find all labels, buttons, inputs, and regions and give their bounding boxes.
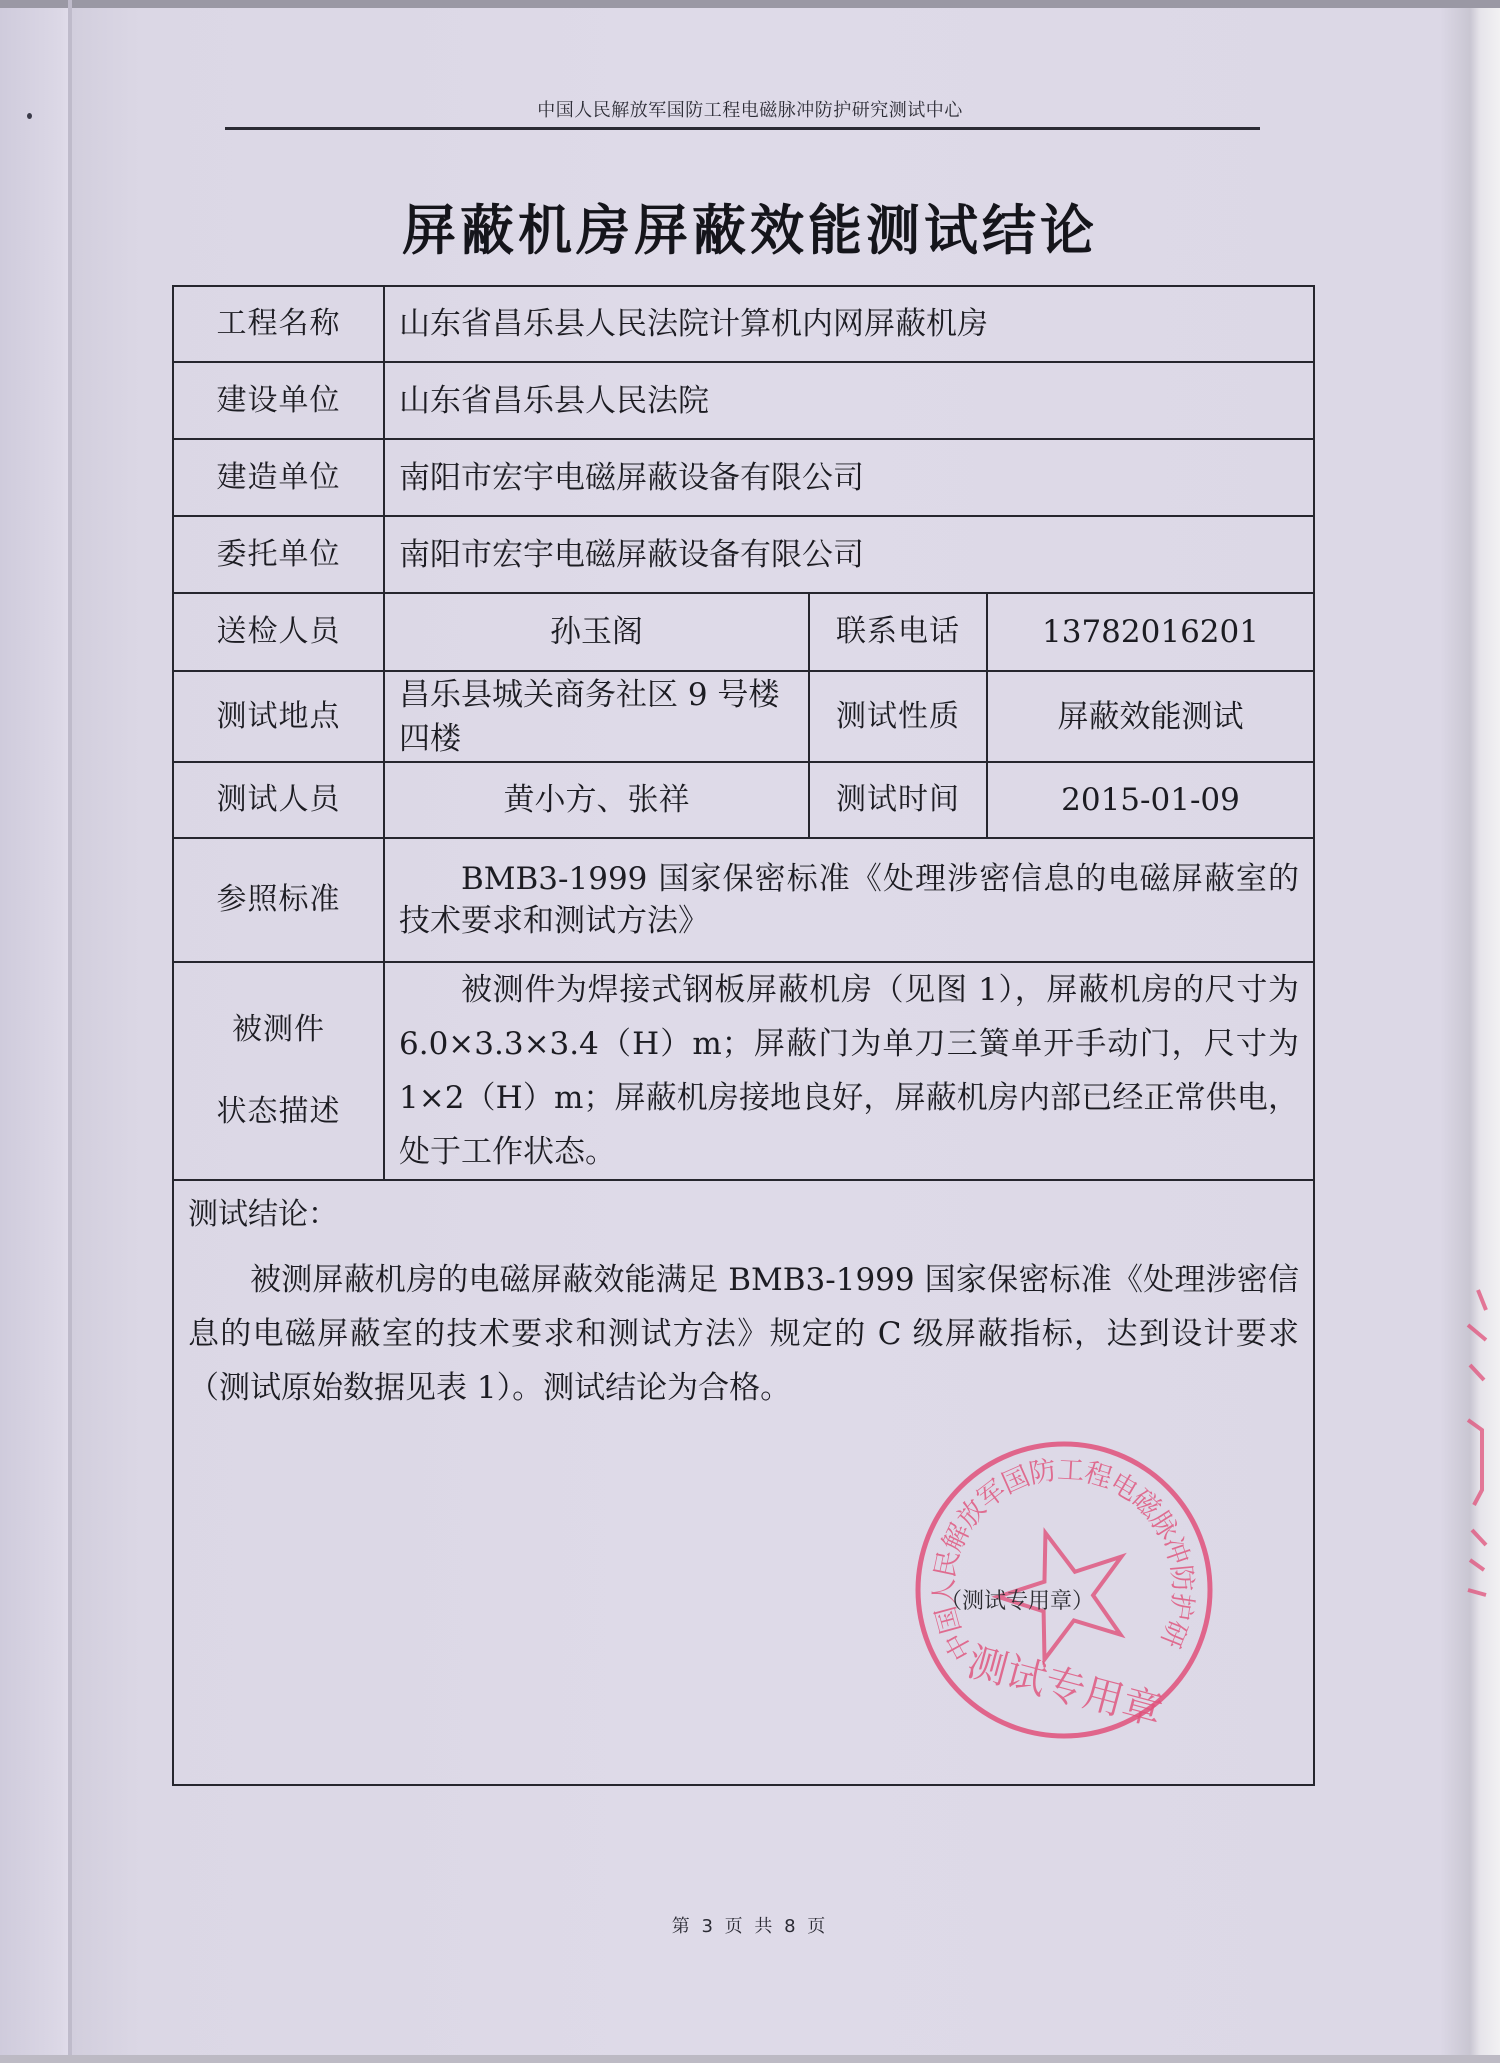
label-object-description: 被测件 状态描述	[173, 962, 384, 1180]
label-location: 测试地点	[173, 671, 384, 762]
partial-seal-icon	[1460, 1270, 1490, 1600]
label-test-type: 测试性质	[809, 671, 987, 762]
row-submitter: 送检人员 孙玉阁 联系电话 13782016201	[173, 593, 1314, 671]
row-client: 委托单位 南阳市宏宇电磁屏蔽设备有限公司	[173, 516, 1314, 593]
value-builder: 南阳市宏宇电磁屏蔽设备有限公司	[384, 439, 1314, 516]
label-submitter: 送检人员	[173, 593, 384, 671]
scan-edge-top	[0, 0, 1500, 8]
row-builder: 建造单位 南阳市宏宇电磁屏蔽设备有限公司	[173, 439, 1314, 516]
row-construction-owner: 建设单位 山东省昌乐县人民法院	[173, 362, 1314, 439]
seal-ring-text: 中国人民解放军国防工程电磁脉冲防护研究测试中心	[912, 1438, 1198, 1665]
scan-speck	[27, 113, 32, 119]
value-submitter: 孙玉阁	[384, 593, 809, 671]
scanned-page: 中国人民解放军国防工程电磁脉冲防护研究测试中心 屏蔽机房屏蔽效能测试结论 工程名…	[0, 0, 1500, 2063]
value-client: 南阳市宏宇电磁屏蔽设备有限公司	[384, 516, 1314, 593]
label-phone: 联系电话	[809, 593, 987, 671]
page-fold	[68, 0, 72, 2063]
row-standard: 参照标准 BMB3-1999 国家保密标准《处理涉密信息的电磁屏蔽室的技术要求和…	[173, 838, 1314, 962]
conclusion-text: 被测屏蔽机房的电磁屏蔽效能满足 BMB3-1999 国家保密标准《处理涉密信息的…	[188, 1253, 1299, 1415]
value-phone: 13782016201	[987, 593, 1314, 671]
label-object-line1: 被测件	[188, 989, 369, 1071]
row-location: 测试地点 昌乐县城关商务社区 9 号楼四楼 测试性质 屏蔽效能测试	[173, 671, 1314, 762]
label-standard: 参照标准	[173, 838, 384, 962]
header-rule	[225, 127, 1260, 130]
header-organization: 中国人民解放军国防工程电磁脉冲防护研究测试中心	[300, 96, 1200, 122]
value-object-description: 被测件为焊接式钢板屏蔽机房（见图 1），屏蔽机房的尺寸为 6.0×3.3×3.4…	[384, 962, 1314, 1180]
label-test-date: 测试时间	[809, 762, 987, 838]
standard-text: BMB3-1999 国家保密标准《处理涉密信息的电磁屏蔽室的技术要求和测试方法》	[399, 858, 1299, 942]
value-project-name: 山东省昌乐县人民法院计算机内网屏蔽机房	[384, 286, 1314, 362]
svg-text:中国人民解放军国防工程电磁脉冲防护研究测试中心: 中国人民解放军国防工程电磁脉冲防护研究测试中心	[912, 1438, 1198, 1665]
row-project-name: 工程名称 山东省昌乐县人民法院计算机内网屏蔽机房	[173, 286, 1314, 362]
conclusion-heading: 测试结论：	[188, 1191, 1299, 1239]
object-description-text: 被测件为焊接式钢板屏蔽机房（见图 1），屏蔽机房的尺寸为 6.0×3.3×3.4…	[399, 963, 1299, 1179]
scan-edge-bottom	[0, 2055, 1500, 2063]
stamp-caption: （测试专用章）	[940, 1584, 1094, 1615]
label-builder: 建造单位	[173, 439, 384, 516]
value-test-date: 2015-01-09	[987, 762, 1314, 838]
value-location: 昌乐县城关商务社区 9 号楼四楼	[384, 671, 809, 762]
label-construction-owner: 建设单位	[173, 362, 384, 439]
row-testers: 测试人员 黄小方、张祥 测试时间 2015-01-09	[173, 762, 1314, 838]
row-object-description: 被测件 状态描述 被测件为焊接式钢板屏蔽机房（见图 1），屏蔽机房的尺寸为 6.…	[173, 962, 1314, 1180]
value-test-type: 屏蔽效能测试	[987, 671, 1314, 762]
label-testers: 测试人员	[173, 762, 384, 838]
value-construction-owner: 山东省昌乐县人民法院	[384, 362, 1314, 439]
seal-center-text: 测试专用章	[962, 1639, 1167, 1735]
label-object-line2: 状态描述	[188, 1071, 369, 1153]
value-testers: 黄小方、张祥	[384, 762, 809, 838]
value-standard: BMB3-1999 国家保密标准《处理涉密信息的电磁屏蔽室的技术要求和测试方法》	[384, 838, 1314, 962]
label-client: 委托单位	[173, 516, 384, 593]
page-number: 第 3 页 共 8 页	[600, 1912, 900, 1938]
label-project-name: 工程名称	[173, 286, 384, 362]
document-title: 屏蔽机房屏蔽效能测试结论	[300, 188, 1200, 265]
